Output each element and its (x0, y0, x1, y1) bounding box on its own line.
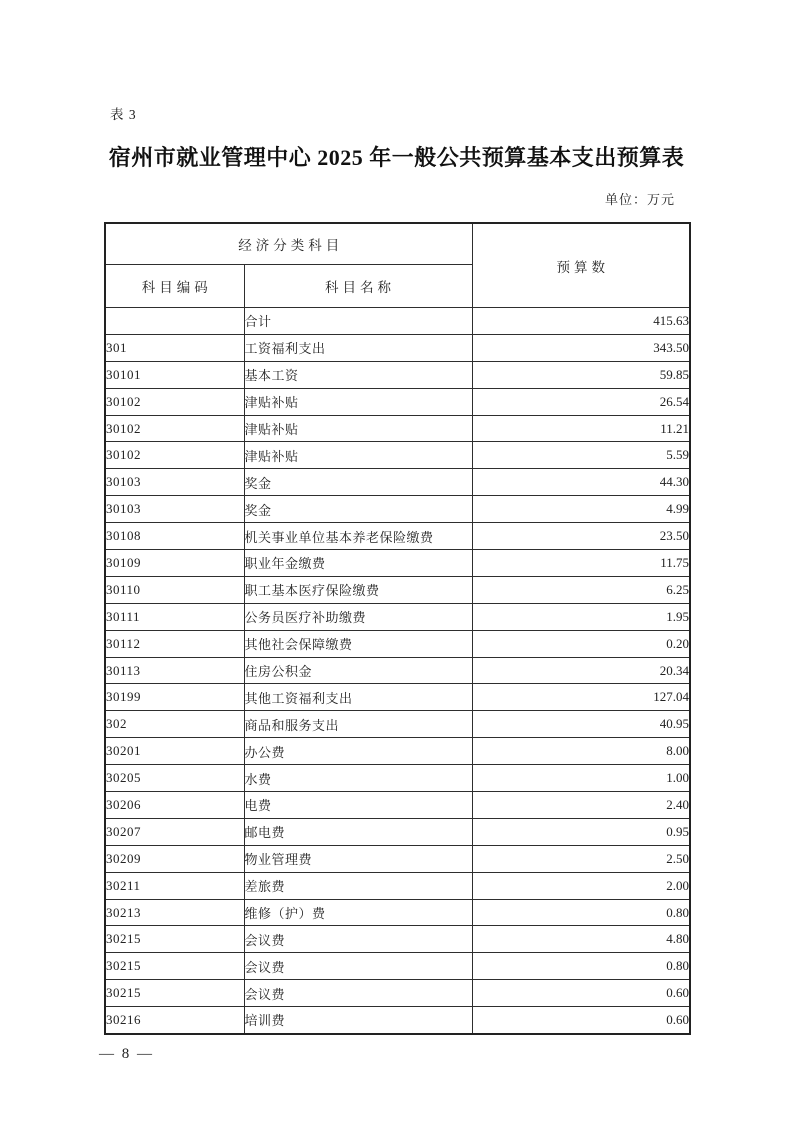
cell-subject-name: 基本工资 (244, 361, 472, 388)
cell-subject-name: 其他工资福利支出 (244, 684, 472, 711)
cell-subject-code: 30199 (105, 684, 244, 711)
cell-subject-code (105, 308, 244, 335)
cell-budget-amount: 20.34 (472, 657, 690, 684)
cell-subject-code: 30207 (105, 818, 244, 845)
cell-subject-name: 工资福利支出 (244, 334, 472, 361)
cell-subject-name: 其他社会保障缴费 (244, 630, 472, 657)
cell-budget-amount: 2.50 (472, 845, 690, 872)
table-row: 30111公务员医疗补助缴费1.95 (105, 603, 690, 630)
table-row: 30201办公费8.00 (105, 738, 690, 765)
cell-subject-code: 30213 (105, 899, 244, 926)
table-row: 30207邮电费0.95 (105, 818, 690, 845)
page-number: — 8 — (99, 1046, 154, 1063)
table-row: 30101基本工资59.85 (105, 361, 690, 388)
cell-budget-amount: 0.80 (472, 953, 690, 980)
cell-subject-code: 30113 (105, 657, 244, 684)
table-row: 30102津贴补贴5.59 (105, 442, 690, 469)
cell-budget-amount: 127.04 (472, 684, 690, 711)
cell-subject-name: 职业年金缴费 (244, 550, 472, 577)
cell-budget-amount: 343.50 (472, 334, 690, 361)
table-row: 30206电费2.40 (105, 792, 690, 819)
cell-budget-amount: 59.85 (472, 361, 690, 388)
cell-subject-name: 会议费 (244, 980, 472, 1007)
cell-budget-amount: 23.50 (472, 523, 690, 550)
cell-budget-amount: 2.00 (472, 872, 690, 899)
budget-table: 经济分类科目 预算数 科目编码 科目名称 合计415.63301工资福利支出34… (104, 222, 691, 1035)
cell-subject-code: 30201 (105, 738, 244, 765)
cell-subject-name: 物业管理费 (244, 845, 472, 872)
cell-subject-name: 会议费 (244, 953, 472, 980)
cell-budget-amount: 6.25 (472, 576, 690, 603)
cell-subject-code: 30103 (105, 469, 244, 496)
table-label: 表 3 (110, 103, 137, 123)
header-subject-name: 科目名称 (244, 265, 472, 308)
table-row: 30216培训费0.60 (105, 1007, 690, 1034)
cell-budget-amount: 4.80 (472, 926, 690, 953)
cell-subject-name: 职工基本医疗保险缴费 (244, 576, 472, 603)
table-row: 30110职工基本医疗保险缴费6.25 (105, 576, 690, 603)
table-row: 30215会议费0.60 (105, 980, 690, 1007)
table-row: 30113住房公积金20.34 (105, 657, 690, 684)
table-row: 30205水费1.00 (105, 765, 690, 792)
cell-subject-code: 302 (105, 711, 244, 738)
cell-subject-name: 维修（护）费 (244, 899, 472, 926)
cell-subject-name: 会议费 (244, 926, 472, 953)
table-row: 301工资福利支出343.50 (105, 334, 690, 361)
table-row: 30199其他工资福利支出127.04 (105, 684, 690, 711)
cell-subject-name: 电费 (244, 792, 472, 819)
table-row: 30102津贴补贴26.54 (105, 388, 690, 415)
cell-subject-code: 30108 (105, 523, 244, 550)
cell-subject-name: 住房公积金 (244, 657, 472, 684)
cell-subject-code: 30211 (105, 872, 244, 899)
cell-subject-code: 30103 (105, 496, 244, 523)
header-subject-code: 科目编码 (105, 265, 244, 308)
cell-subject-name: 奖金 (244, 469, 472, 496)
cell-budget-amount: 4.99 (472, 496, 690, 523)
cell-subject-code: 30102 (105, 415, 244, 442)
cell-subject-name: 培训费 (244, 1007, 472, 1034)
cell-subject-name: 商品和服务支出 (244, 711, 472, 738)
table-row: 30103奖金44.30 (105, 469, 690, 496)
cell-subject-code: 30102 (105, 388, 244, 415)
cell-subject-name: 合计 (244, 308, 472, 335)
table-row: 30215会议费4.80 (105, 926, 690, 953)
cell-subject-code: 30209 (105, 845, 244, 872)
cell-budget-amount: 0.60 (472, 1007, 690, 1034)
table-row: 30103奖金4.99 (105, 496, 690, 523)
cell-budget-amount: 0.95 (472, 818, 690, 845)
cell-subject-code: 30215 (105, 980, 244, 1007)
cell-subject-code: 30205 (105, 765, 244, 792)
cell-budget-amount: 44.30 (472, 469, 690, 496)
cell-budget-amount: 40.95 (472, 711, 690, 738)
cell-budget-amount: 0.60 (472, 980, 690, 1007)
cell-subject-name: 津贴补贴 (244, 415, 472, 442)
cell-budget-amount: 1.95 (472, 603, 690, 630)
cell-subject-code: 30216 (105, 1007, 244, 1034)
cell-subject-name: 水费 (244, 765, 472, 792)
table-row: 30209物业管理费2.50 (105, 845, 690, 872)
table-row: 30211差旅费2.00 (105, 872, 690, 899)
header-row-group: 经济分类科目 预算数 (105, 223, 690, 265)
cell-budget-amount: 415.63 (472, 308, 690, 335)
cell-subject-code: 30111 (105, 603, 244, 630)
cell-budget-amount: 1.00 (472, 765, 690, 792)
document-page: 表 3 宿州市就业管理中心 2025 年一般公共预算基本支出预算表 单位：万元 … (0, 0, 793, 1122)
header-economic-category: 经济分类科目 (105, 223, 472, 265)
cell-subject-name: 差旅费 (244, 872, 472, 899)
cell-budget-amount: 5.59 (472, 442, 690, 469)
cell-budget-amount: 26.54 (472, 388, 690, 415)
cell-subject-code: 30215 (105, 926, 244, 953)
cell-subject-code: 30102 (105, 442, 244, 469)
page-title: 宿州市就业管理中心 2025 年一般公共预算基本支出预算表 (0, 141, 793, 172)
table-row: 合计415.63 (105, 308, 690, 335)
cell-subject-name: 办公费 (244, 738, 472, 765)
table-row: 302商品和服务支出40.95 (105, 711, 690, 738)
cell-subject-name: 邮电费 (244, 818, 472, 845)
table-row: 30215会议费0.80 (105, 953, 690, 980)
cell-subject-name: 津贴补贴 (244, 388, 472, 415)
table-row: 30108机关事业单位基本养老保险缴费23.50 (105, 523, 690, 550)
table-row: 30109职业年金缴费11.75 (105, 550, 690, 577)
cell-subject-code: 301 (105, 334, 244, 361)
table-body: 合计415.63301工资福利支出343.5030101基本工资59.85301… (105, 308, 690, 1034)
cell-budget-amount: 2.40 (472, 792, 690, 819)
cell-subject-code: 30110 (105, 576, 244, 603)
table-row: 30112其他社会保障缴费0.20 (105, 630, 690, 657)
cell-budget-amount: 11.75 (472, 550, 690, 577)
unit-label: 单位：万元 (605, 189, 675, 208)
cell-subject-code: 30206 (105, 792, 244, 819)
table-header: 经济分类科目 预算数 科目编码 科目名称 (105, 223, 690, 308)
cell-subject-code: 30109 (105, 550, 244, 577)
header-budget-amount: 预算数 (472, 223, 690, 308)
cell-subject-name: 机关事业单位基本养老保险缴费 (244, 523, 472, 550)
cell-subject-code: 30101 (105, 361, 244, 388)
cell-subject-code: 30215 (105, 953, 244, 980)
table-row: 30213维修（护）费0.80 (105, 899, 690, 926)
cell-budget-amount: 0.80 (472, 899, 690, 926)
cell-budget-amount: 8.00 (472, 738, 690, 765)
cell-budget-amount: 0.20 (472, 630, 690, 657)
cell-subject-code: 30112 (105, 630, 244, 657)
cell-subject-name: 公务员医疗补助缴费 (244, 603, 472, 630)
cell-subject-name: 奖金 (244, 496, 472, 523)
table-row: 30102津贴补贴11.21 (105, 415, 690, 442)
cell-subject-name: 津贴补贴 (244, 442, 472, 469)
cell-budget-amount: 11.21 (472, 415, 690, 442)
